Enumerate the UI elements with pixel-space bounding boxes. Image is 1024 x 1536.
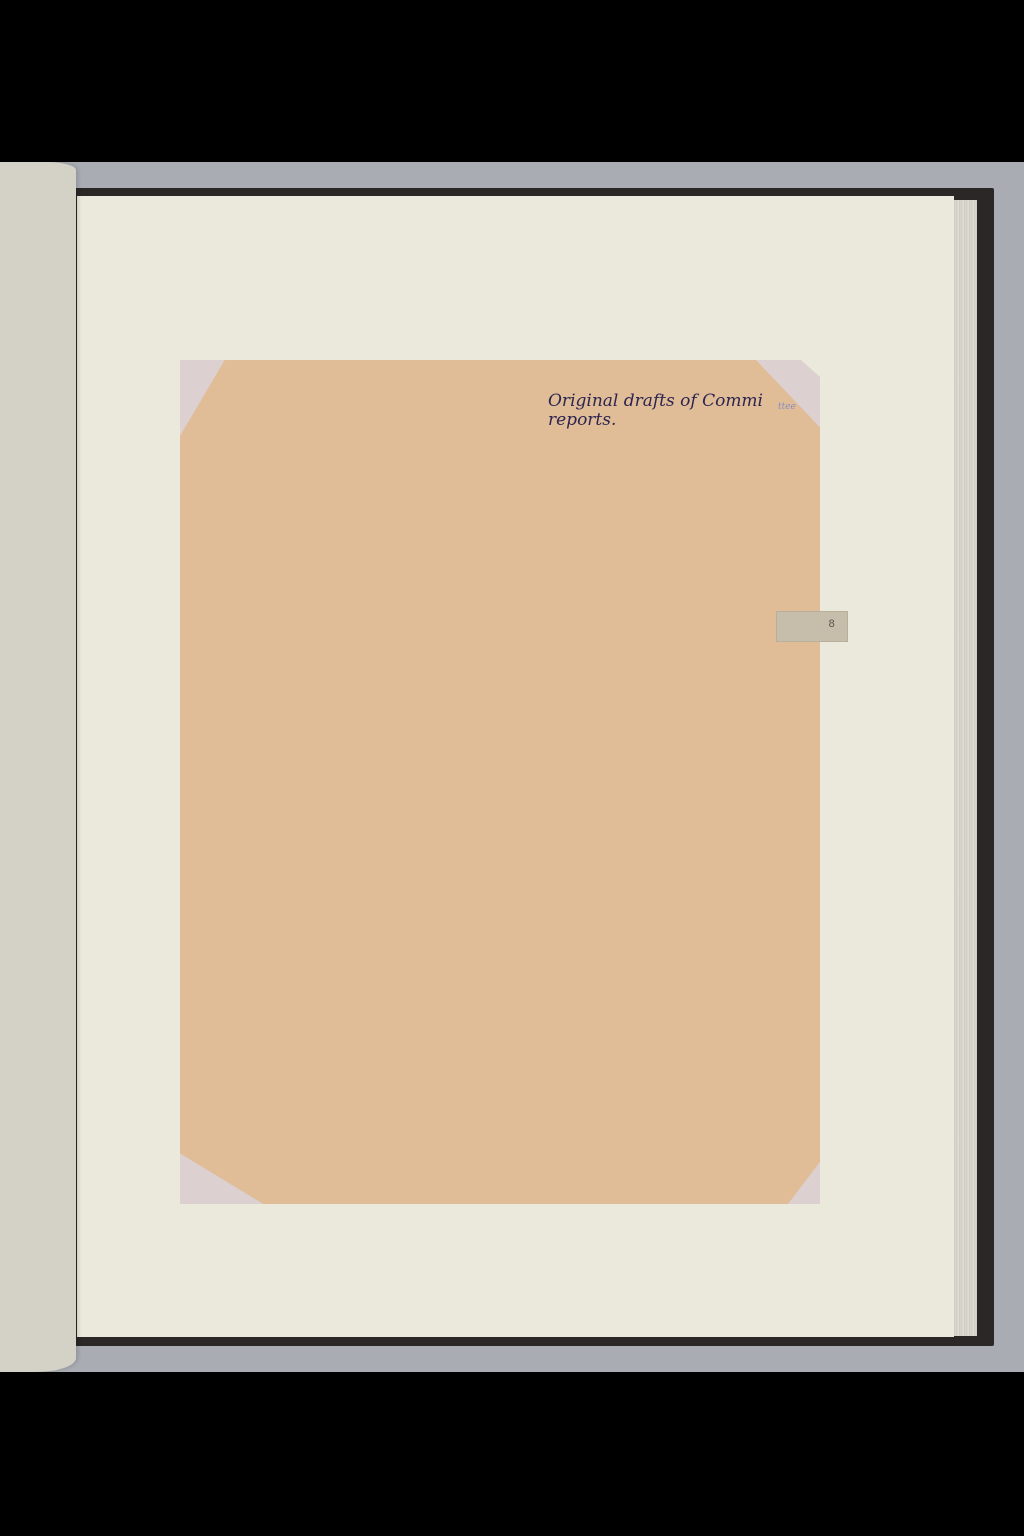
tab-number: 8	[828, 619, 835, 631]
left-page-leaf	[0, 162, 76, 1372]
mounted-sheet	[180, 360, 820, 1204]
handwritten-note: Original drafts of Commi reports.	[548, 392, 788, 430]
note-line-1: Original drafts of Commi	[548, 392, 788, 411]
index-tab[interactable]: 8	[776, 611, 848, 642]
pencil-annotation: ttee	[778, 402, 796, 412]
note-line-2: reports.	[548, 411, 788, 430]
